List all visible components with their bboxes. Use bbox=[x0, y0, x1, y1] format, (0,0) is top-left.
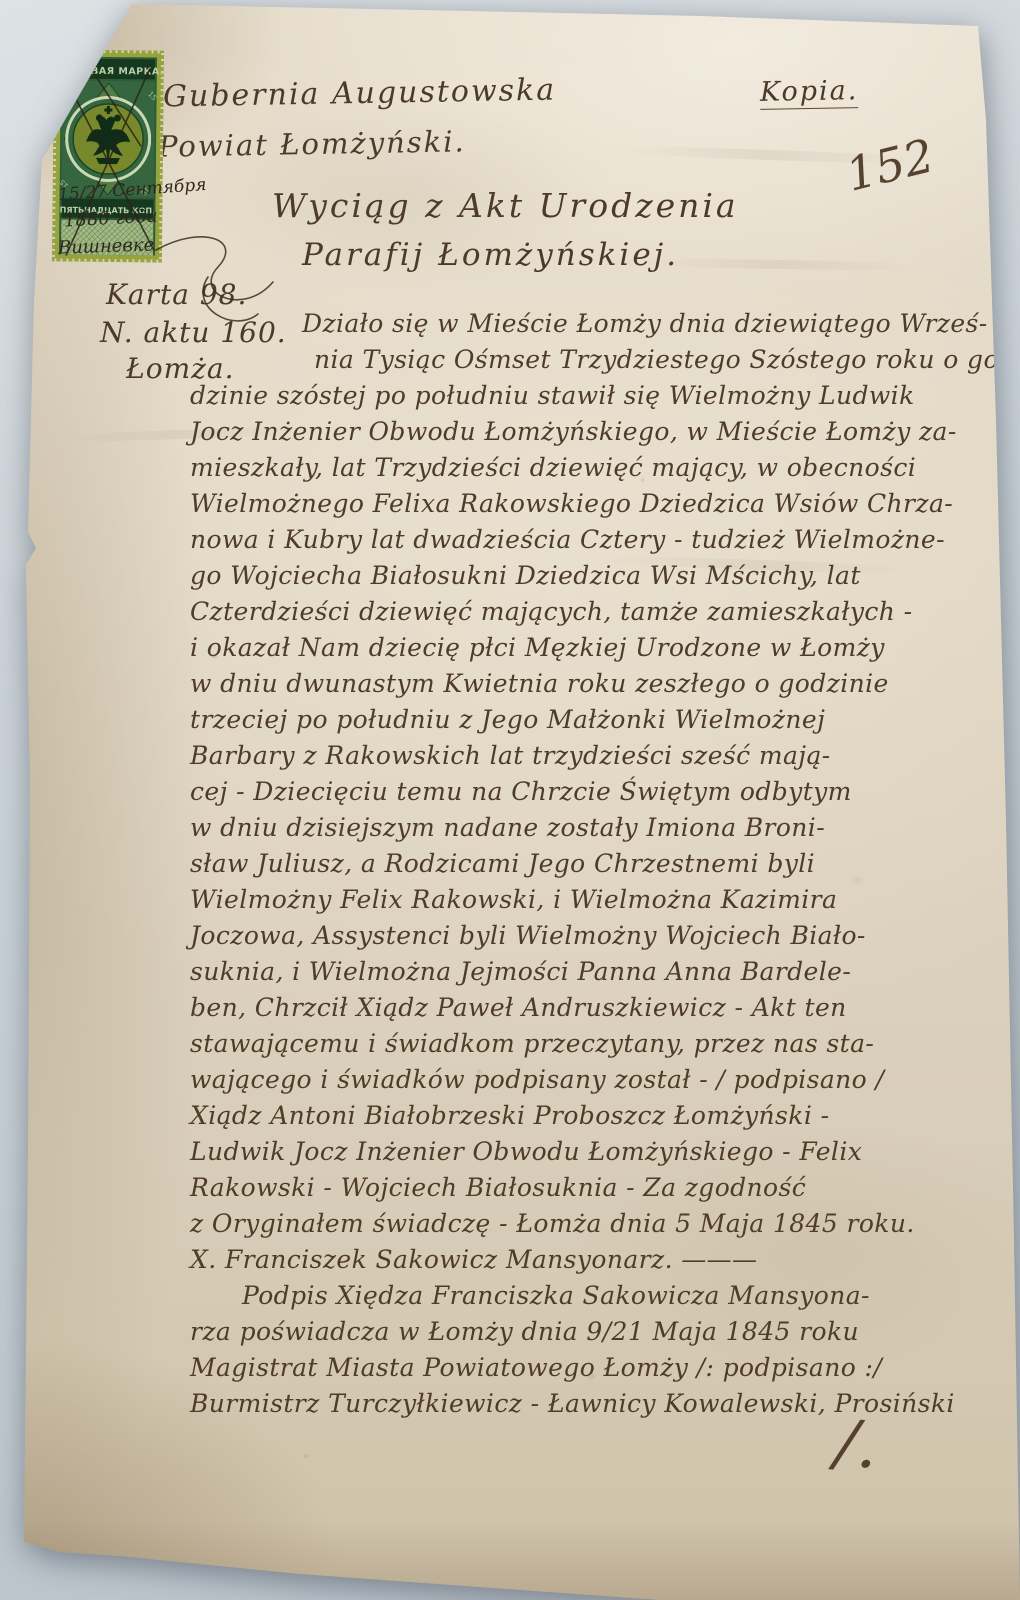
body-line: trzeciej po południu z Jego Małżonki Wie… bbox=[190, 702, 980, 738]
body-line: Ludwik Jocz Inżenier Obwodu Łomżyńskiego… bbox=[190, 1134, 980, 1170]
body-line: Wielmożnego Felixa Rakowskiego Dziedzica… bbox=[190, 486, 980, 522]
body-line: Podpis Xiędza Franciszka Sakowicza Mansy… bbox=[190, 1278, 980, 1314]
body-line: Rakowski - Wojciech Białosuknia - Za zgo… bbox=[190, 1170, 980, 1206]
closing-mark: /. bbox=[832, 1406, 881, 1484]
body-line: Barbary z Rakowskich lat trzydzieści sze… bbox=[190, 738, 980, 774]
body-line: w dniu dwunastym Kwietnia roku zeszłego … bbox=[190, 666, 980, 702]
signature-flourish bbox=[148, 222, 298, 342]
body-line: nia Tysiąc Ośmset Trzydziestego Szóstego… bbox=[190, 342, 980, 378]
body-line: Xiądz Antoni Białobrzeski Proboszcz Łomż… bbox=[190, 1098, 980, 1134]
body-line: Czterdzieści dziewięć mających, tamże za… bbox=[190, 594, 980, 630]
copy-label: Kopia. bbox=[760, 75, 859, 110]
body-line: Wielmożny Felix Rakowski, i Wielmożna Ka… bbox=[190, 882, 980, 918]
body-line: w dniu dzisiejszym nadane zostały Imiona… bbox=[190, 810, 980, 846]
body-text: Działo się w Mieście Łomży dnia dziewiąt… bbox=[190, 306, 980, 1422]
body-line: z Oryginałem świadczę - Łomża dnia 5 Maj… bbox=[190, 1206, 980, 1242]
document-paper: Gubernia Augustowska Powiat Łomżyński. K… bbox=[0, 0, 1020, 1600]
body-line: Jocz Inżenier Obwodu Łomżyńskiego, w Mie… bbox=[190, 414, 980, 450]
body-line: cej - Dziecięciu temu na Chrzcie Świętym… bbox=[190, 774, 980, 810]
stamp-corner-numeral: 15 bbox=[65, 83, 77, 95]
body-line: i okazał Nam dziecię płci Męzkiej Urodzo… bbox=[190, 630, 980, 666]
body-line: suknia, i Wielmożna Jejmości Panna Anna … bbox=[190, 954, 980, 990]
body-line: sław Juliusz, a Rodzicami Jego Chrzestne… bbox=[190, 846, 980, 882]
stamp-cancellation-line3: Вишневке bbox=[58, 234, 155, 258]
body-line: X. Franciszek Sakowicz Mansyonarz. ——— bbox=[190, 1242, 980, 1278]
region-header-line1: Gubernia Augustowska bbox=[163, 73, 557, 115]
body-line: wającego i świadków podpisany został - /… bbox=[190, 1062, 980, 1098]
body-line: go Wojciecha Białosukni Dziedzica Wsi Mś… bbox=[190, 558, 980, 594]
body-line: Działo się w Mieście Łomży dnia dziewiąt… bbox=[190, 306, 980, 342]
body-line: ben, Chrzcił Xiądz Paweł Andruszkiewicz … bbox=[190, 990, 980, 1026]
region-header-line2: Powiat Łomżyński. bbox=[158, 124, 466, 163]
document-title-line1: Wyciąg z Akt Urodzenia bbox=[272, 186, 739, 225]
photo-backdrop: Gubernia Augustowska Powiat Łomżyński. K… bbox=[0, 0, 1020, 1600]
show-through-mark bbox=[640, 258, 920, 272]
page-number: 152 bbox=[841, 128, 939, 202]
body-line: stawającemu i świadkom przeczytany, prze… bbox=[190, 1026, 980, 1062]
body-line: Joczowa, Assystenci byli Wielmożny Wojci… bbox=[190, 918, 980, 954]
body-line: mieszkały, lat Trzydzieści dziewięć mają… bbox=[190, 450, 980, 486]
body-line: Magistrat Miasta Powiatowego Łomży /: po… bbox=[190, 1350, 980, 1386]
document-title-line2: Parafij Łomżyńskiej. bbox=[302, 237, 679, 273]
body-line: dzinie szóstej po południu stawił się Wi… bbox=[190, 378, 980, 414]
body-line: nowa i Kubry lat dwadzieścia Cztery - tu… bbox=[190, 522, 980, 558]
body-line: rza poświadcza w Łomży dnia 9/21 Maja 18… bbox=[190, 1314, 980, 1350]
